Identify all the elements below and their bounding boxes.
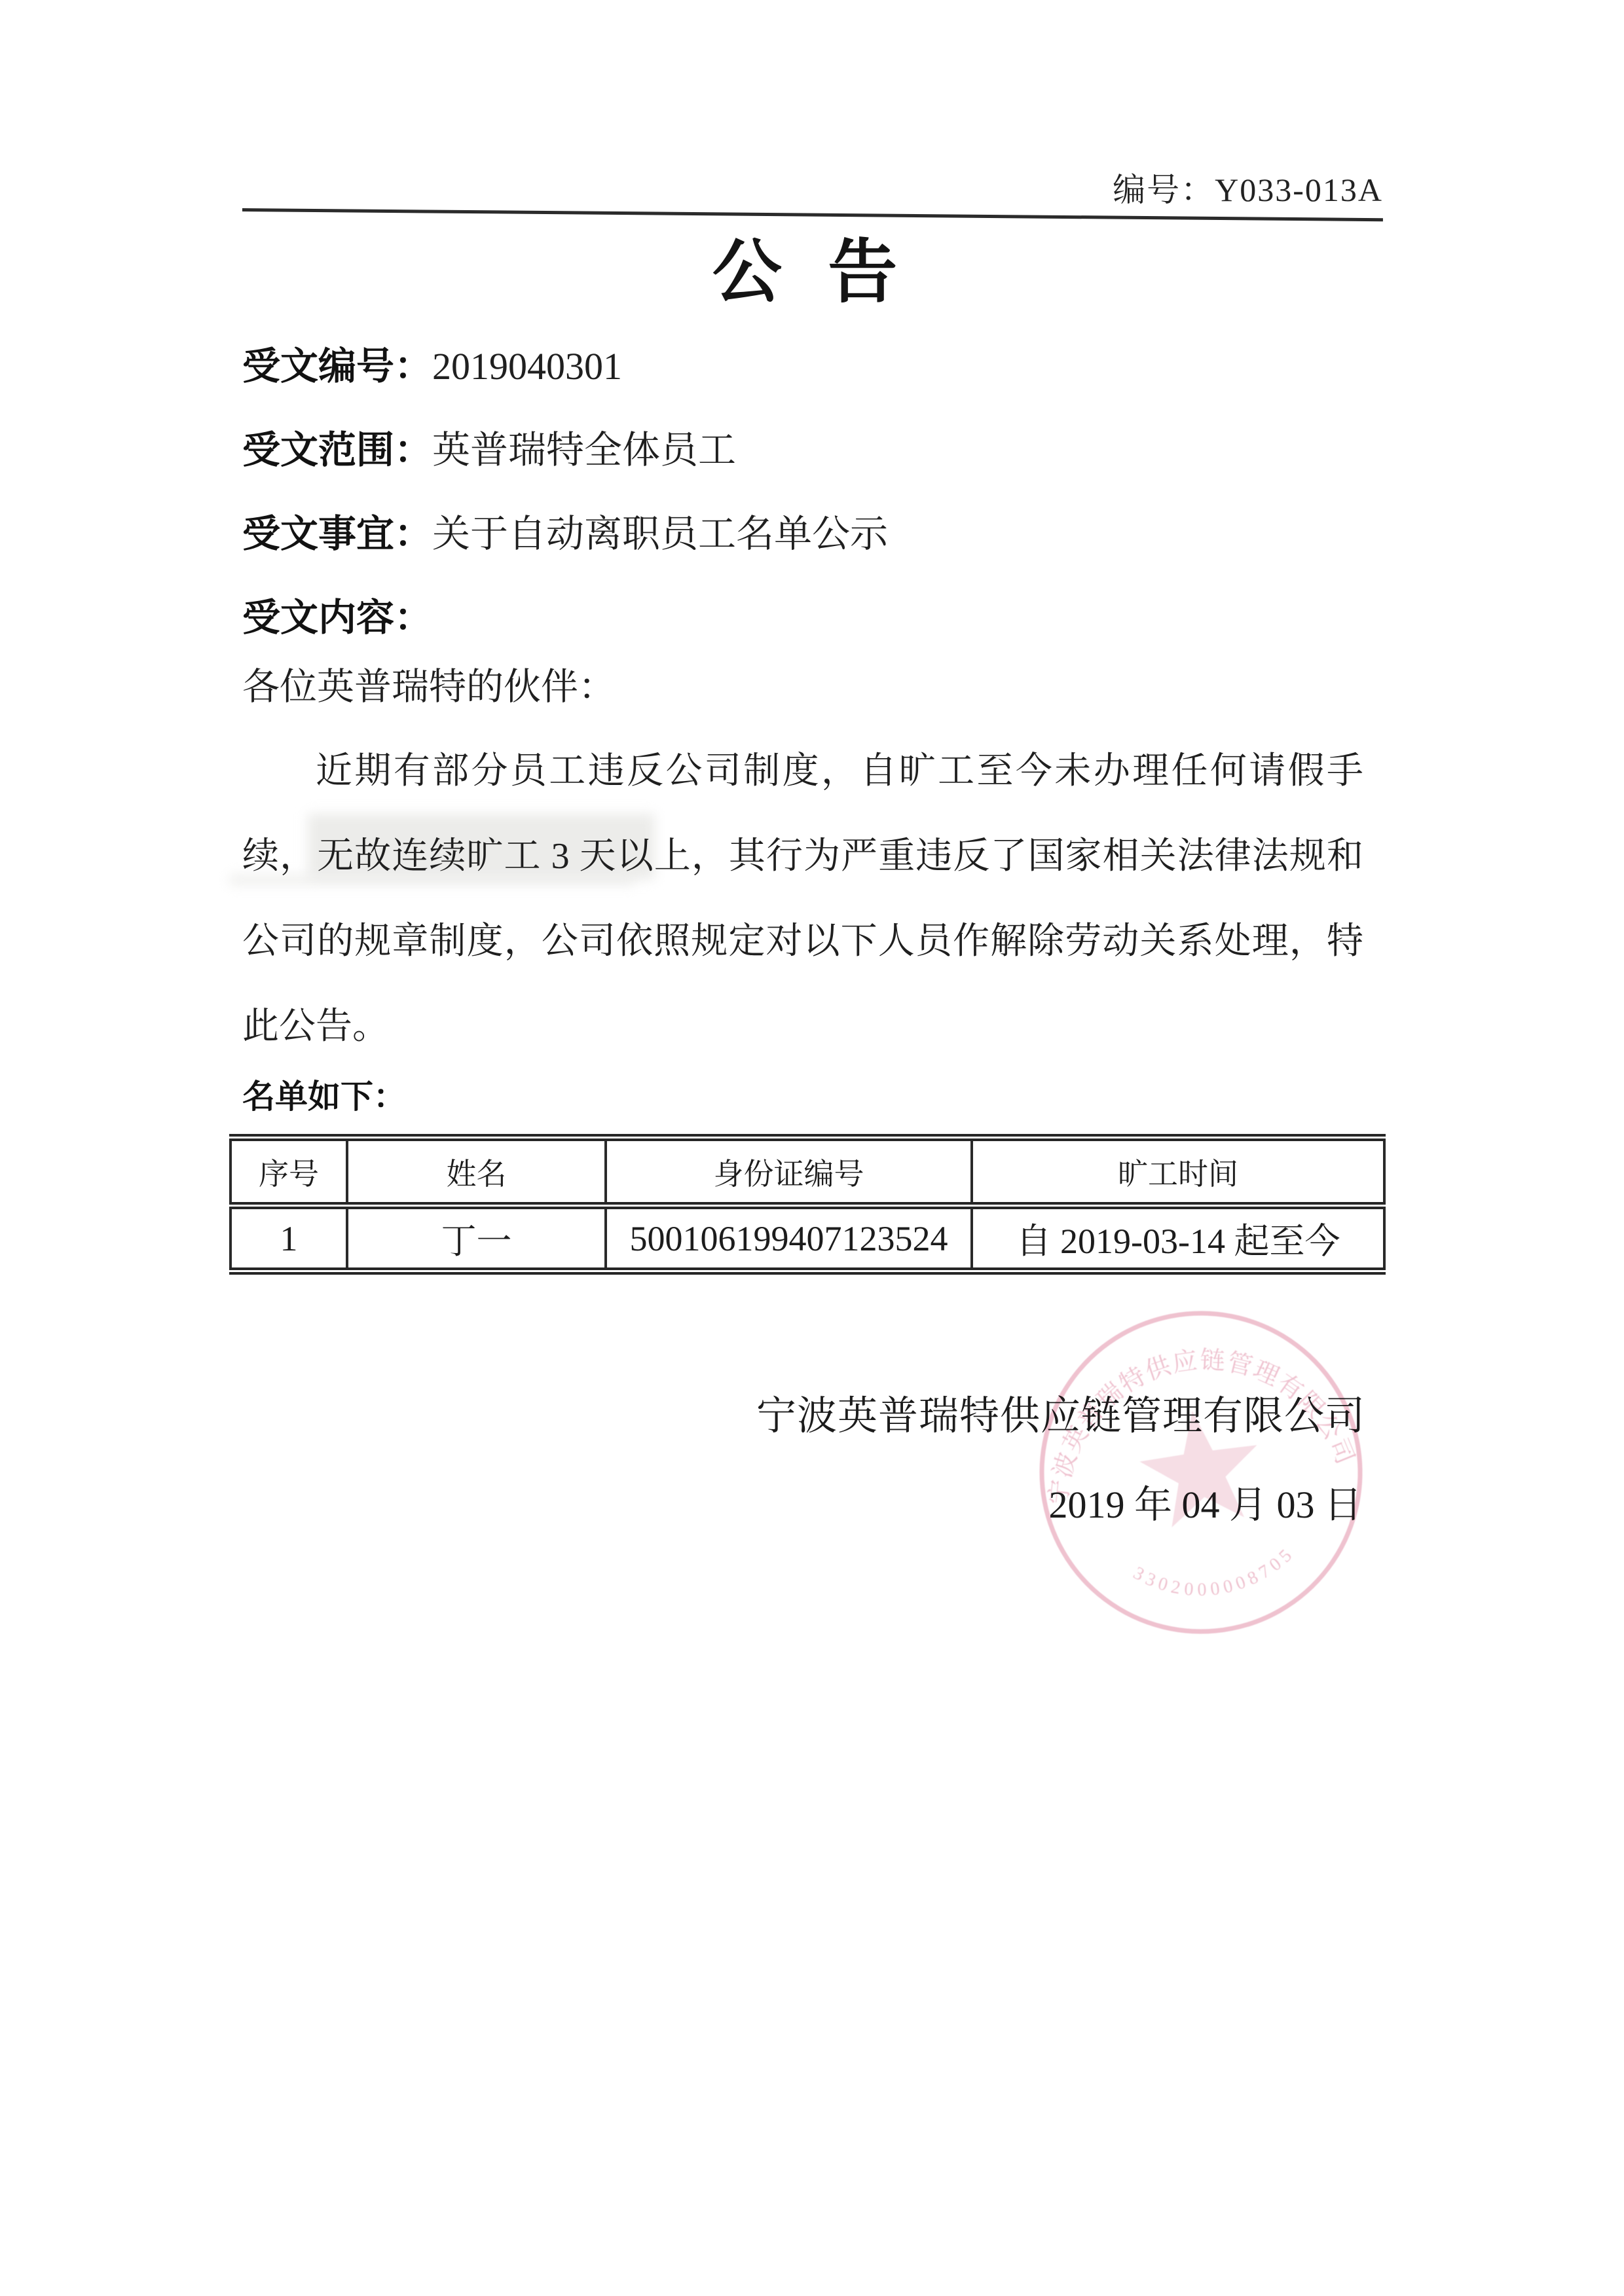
paragraph-line: 此公告。 [242,984,1363,1069]
company-seal: 宁波英普瑞特供应链管理有限公司 3302000008705 [1012,1284,1390,1661]
dismissed-employee-table: 序号 姓名 身份证编号 旷工时间 1 丁一 500106199407123524… [229,1134,1386,1275]
table-row: 1 丁一 500106199407123524 自 2019-03-14 起至今 [231,1206,1384,1271]
col-header-index: 序号 [231,1138,347,1206]
cell-id-number: 500106199407123524 [606,1206,972,1271]
field-subject-value: 关于自动离职员工名单公示 [432,513,888,555]
field-doc-id: 受文编号：2019040301 [242,343,622,390]
announcement-document: 编号：Y033-013A 公 告 受文编号：2019040301 受文范围：英普… [0,0,1624,2296]
body-paragraph: 近期有部分员工违反公司制度，自旷工至今未办理任何请假手 续，无故连续旷工 3 天… [242,729,1363,1069]
paragraph-line: 续，无故连续旷工 3 天以上，其行为严重违反了国家相关法律法规和 [242,814,1363,899]
field-scope-label: 受文范围： [242,429,432,471]
field-content-label: 受文内容： [242,596,432,639]
cell-index: 1 [231,1206,347,1271]
table-header-row: 序号 姓名 身份证编号 旷工时间 [231,1138,1384,1206]
document-title: 公 告 [0,234,1624,312]
col-header-id-number: 身份证编号 [606,1138,972,1206]
field-subject-label: 受文事宜： [242,513,432,555]
seal-ring [1022,1293,1381,1652]
field-doc-id-value: 2019040301 [432,345,622,388]
seal-serial-number: 3302000008705 [1128,1540,1303,1611]
signature-company: 宁波英普瑞特供应链管理有限公司 [756,1387,1365,1446]
field-doc-id-label: 受文编号： [242,345,432,388]
field-scope: 受文范围：英普瑞特全体员工 [242,427,736,474]
field-content: 受文内容： [242,594,432,642]
field-scope-value: 英普瑞特全体员工 [432,429,736,471]
greeting-line: 各位英普瑞特的伙伴： [242,664,616,711]
cell-name: 丁一 [347,1206,606,1271]
cell-absence-period: 自 2019-03-14 起至今 [972,1206,1384,1271]
signature-date: 2019 年 04 月 03 日 [1048,1476,1362,1535]
col-header-name: 姓名 [347,1138,606,1206]
col-header-absence-period: 旷工时间 [972,1138,1384,1206]
paragraph-line: 近期有部分员工违反公司制度，自旷工至今未办理任何请假手 [242,729,1363,814]
svg-text:3302000008705: 3302000008705 [1128,1540,1303,1611]
doc-number: 编号：Y033-013A [1113,167,1383,213]
paragraph-line: 公司的规章制度，公司依照规定对以下人员作解除劳动关系处理，特 [242,899,1363,984]
list-intro: 名单如下： [242,1073,406,1120]
field-subject: 受文事宜：关于自动离职员工名单公示 [242,511,888,558]
